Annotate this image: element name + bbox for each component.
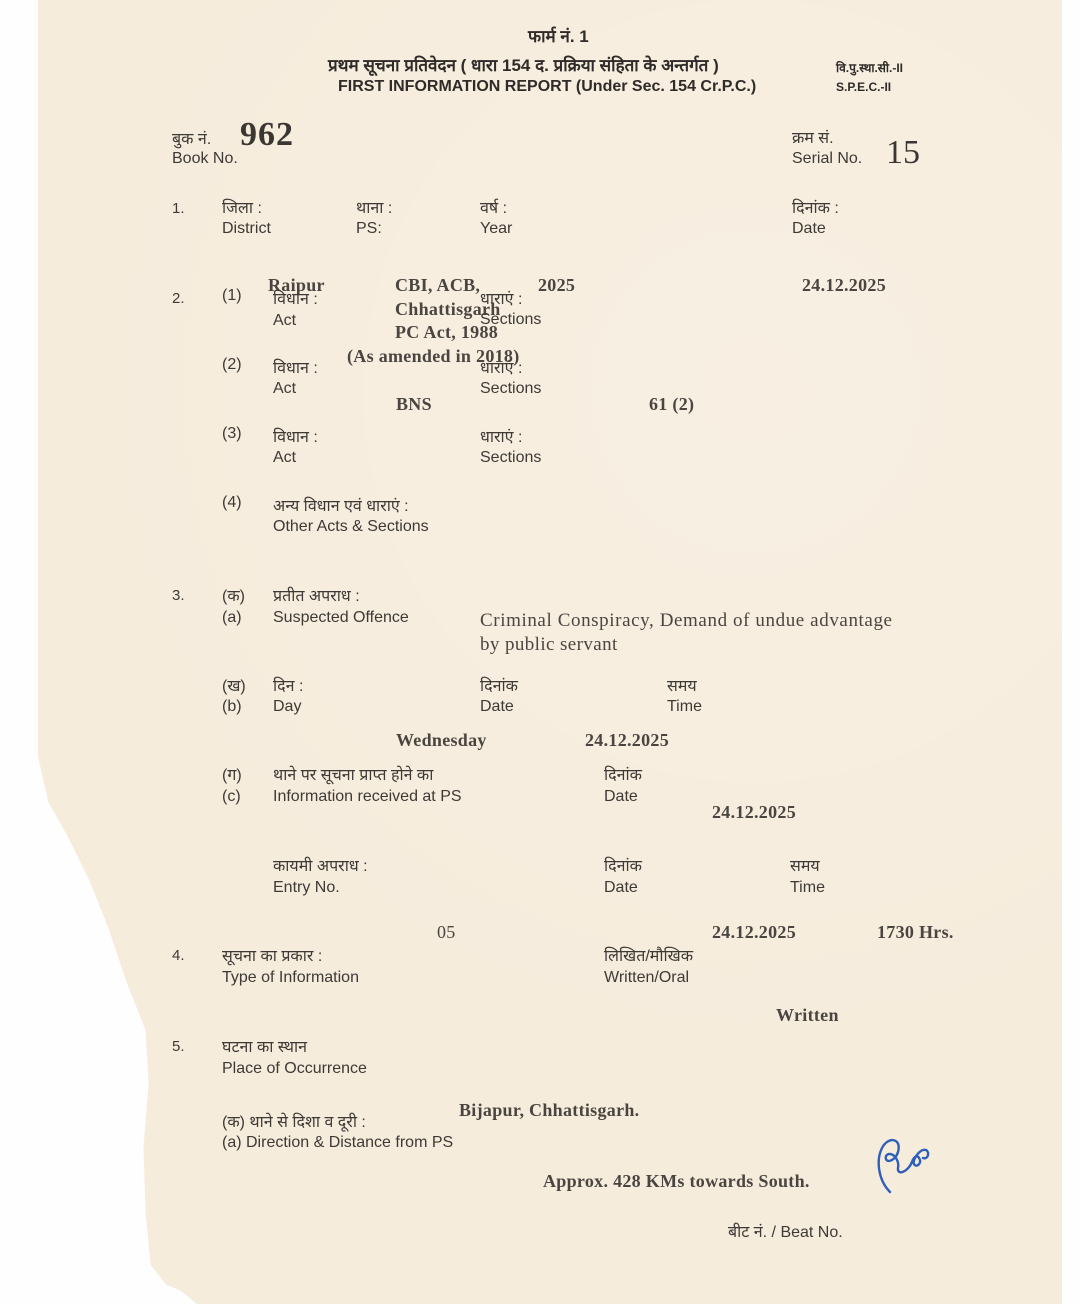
day-label-hindi: दिन : (273, 674, 303, 696)
item-3-number: 3. (172, 587, 185, 604)
offence-label-hindi: प्रतीत अपराध : (273, 584, 360, 606)
info-received-label-hindi: थाने पर सूचना प्राप्त होने का (273, 763, 433, 785)
form-code-hindi: वि.पु.स्था.सी.-II (836, 59, 903, 76)
info-type-label: Type of Information (222, 969, 359, 987)
suspected-offence-value-line-1: Criminal Conspiracy, Demand of undue adv… (480, 610, 893, 632)
entry-time-label: Time (790, 879, 825, 897)
ps-value-line-1: CBI, ACB, (395, 275, 480, 296)
act-2-index: (2) (222, 356, 242, 374)
act-2-label-hindi: विधान : (273, 356, 318, 378)
day-index: (b) (222, 698, 242, 716)
other-acts-index: (4) (222, 494, 242, 512)
entry-time-value: 1730 Hrs. (877, 922, 954, 943)
entry-no-label-hindi: कायमी अपराध : (273, 854, 368, 876)
offence-index-hindi: (क) (222, 584, 245, 606)
info-type-options-hindi: लिखित/मौखिक (604, 944, 693, 966)
direction-label: (a) Direction & Distance from PS (222, 1134, 453, 1152)
offence-date-label: Date (480, 698, 514, 716)
info-received-index-hindi: (ग) (222, 763, 242, 785)
info-received-date-value: 24.12.2025 (712, 802, 796, 823)
distance-value: Approx. 428 KMs towards South. (543, 1171, 810, 1192)
entry-time-label-hindi: समय (790, 854, 820, 876)
title-hindi: प्रथम सूचना प्रतिवेदन ( धारा 154 द. प्रक… (328, 53, 719, 76)
act-3-index: (3) (222, 425, 242, 443)
serial-no-value: 15 (886, 134, 920, 172)
sections-1-label-hindi: धाराएं : (480, 287, 522, 309)
offence-date-value: 24.12.2025 (585, 730, 669, 751)
other-acts-label-hindi: अन्य विधान एवं धाराएं : (273, 494, 409, 516)
signature-mark (868, 1130, 934, 1196)
place-label: Place of Occurrence (222, 1060, 367, 1078)
info-received-index: (c) (222, 788, 241, 806)
entry-date-value: 24.12.2025 (712, 922, 796, 943)
place-value: Bijapur, Chhattisgarh. (459, 1100, 639, 1121)
item-2-number: 2. (172, 290, 185, 307)
place-label-hindi: घटना का स्थान (222, 1035, 307, 1057)
book-no-value: 962 (240, 116, 294, 154)
info-type-value: Written (776, 1005, 839, 1026)
sections-3-label: Sections (480, 449, 541, 467)
title-english: FIRST INFORMATION REPORT (Under Sec. 154… (338, 78, 756, 96)
year-label: Year (480, 220, 512, 238)
item-4-number: 4. (172, 947, 185, 964)
offence-date-label-hindi: दिनांक (480, 674, 518, 696)
sections-2-label-hindi: धाराएं : (480, 356, 522, 378)
info-type-options: Written/Oral (604, 969, 689, 987)
info-received-date-label: Date (604, 788, 638, 806)
entry-no-label: Entry No. (273, 879, 340, 897)
act-1-value-line-1: PC Act, 1988 (395, 322, 498, 343)
offence-index: (a) (222, 609, 242, 627)
item-1-number: 1. (172, 200, 185, 217)
year-value: 2025 (538, 275, 575, 296)
sections-3-label-hindi: धाराएं : (480, 425, 522, 447)
item-5-number: 5. (172, 1038, 185, 1055)
offence-time-label-hindi: समय (667, 674, 697, 696)
book-no-label-hindi: बुक नं. (172, 127, 211, 149)
act-1-index: (1) (222, 287, 242, 305)
act-3-label: Act (273, 449, 296, 467)
district-label: District (222, 220, 271, 238)
direction-label-hindi: (क) थाने से दिशा व दूरी : (222, 1110, 366, 1132)
form-number: फार्म नं. 1 (528, 24, 589, 47)
day-index-hindi: (ख) (222, 674, 246, 696)
entry-date-label-hindi: दिनांक (604, 854, 642, 876)
info-type-label-hindi: सूचना का प्रकार : (222, 944, 322, 966)
act-1-label-hindi: विधान : (273, 287, 318, 309)
serial-no-label: Serial No. (792, 150, 862, 168)
offence-day-value: Wednesday (396, 730, 487, 751)
district-label-hindi: जिला : (222, 196, 262, 218)
date-label: Date (792, 220, 826, 238)
suspected-offence-value-line-2: by public servant (480, 634, 618, 656)
sections-2-value: 61 (2) (649, 394, 694, 415)
sections-2-label: Sections (480, 380, 541, 398)
entry-date-label: Date (604, 879, 638, 897)
offence-label: Suspected Offence (273, 609, 409, 627)
day-label: Day (273, 698, 301, 716)
serial-no-label-hindi: क्रम सं. (792, 126, 834, 148)
year-label-hindi: वर्ष : (480, 196, 507, 218)
act-1-label: Act (273, 312, 296, 330)
date-label-hindi: दिनांक : (792, 196, 839, 218)
book-no-label: Book No. (172, 150, 238, 168)
form-code-english: S.P.E.C.-II (836, 80, 891, 94)
act-3-label-hindi: विधान : (273, 425, 318, 447)
info-received-label: Information received at PS (273, 788, 462, 806)
ps-label: PS: (356, 220, 382, 238)
act-2-label: Act (273, 380, 296, 398)
other-acts-label: Other Acts & Sections (273, 518, 429, 536)
entry-no-value: 05 (437, 922, 456, 943)
ps-label-hindi: थाना : (356, 196, 392, 218)
beat-no-label: बीट नं. / Beat No. (728, 1220, 843, 1242)
info-received-date-label-hindi: दिनांक (604, 763, 642, 785)
date-value: 24.12.2025 (802, 275, 886, 296)
act-2-value: BNS (396, 394, 432, 415)
offence-time-label: Time (667, 698, 702, 716)
